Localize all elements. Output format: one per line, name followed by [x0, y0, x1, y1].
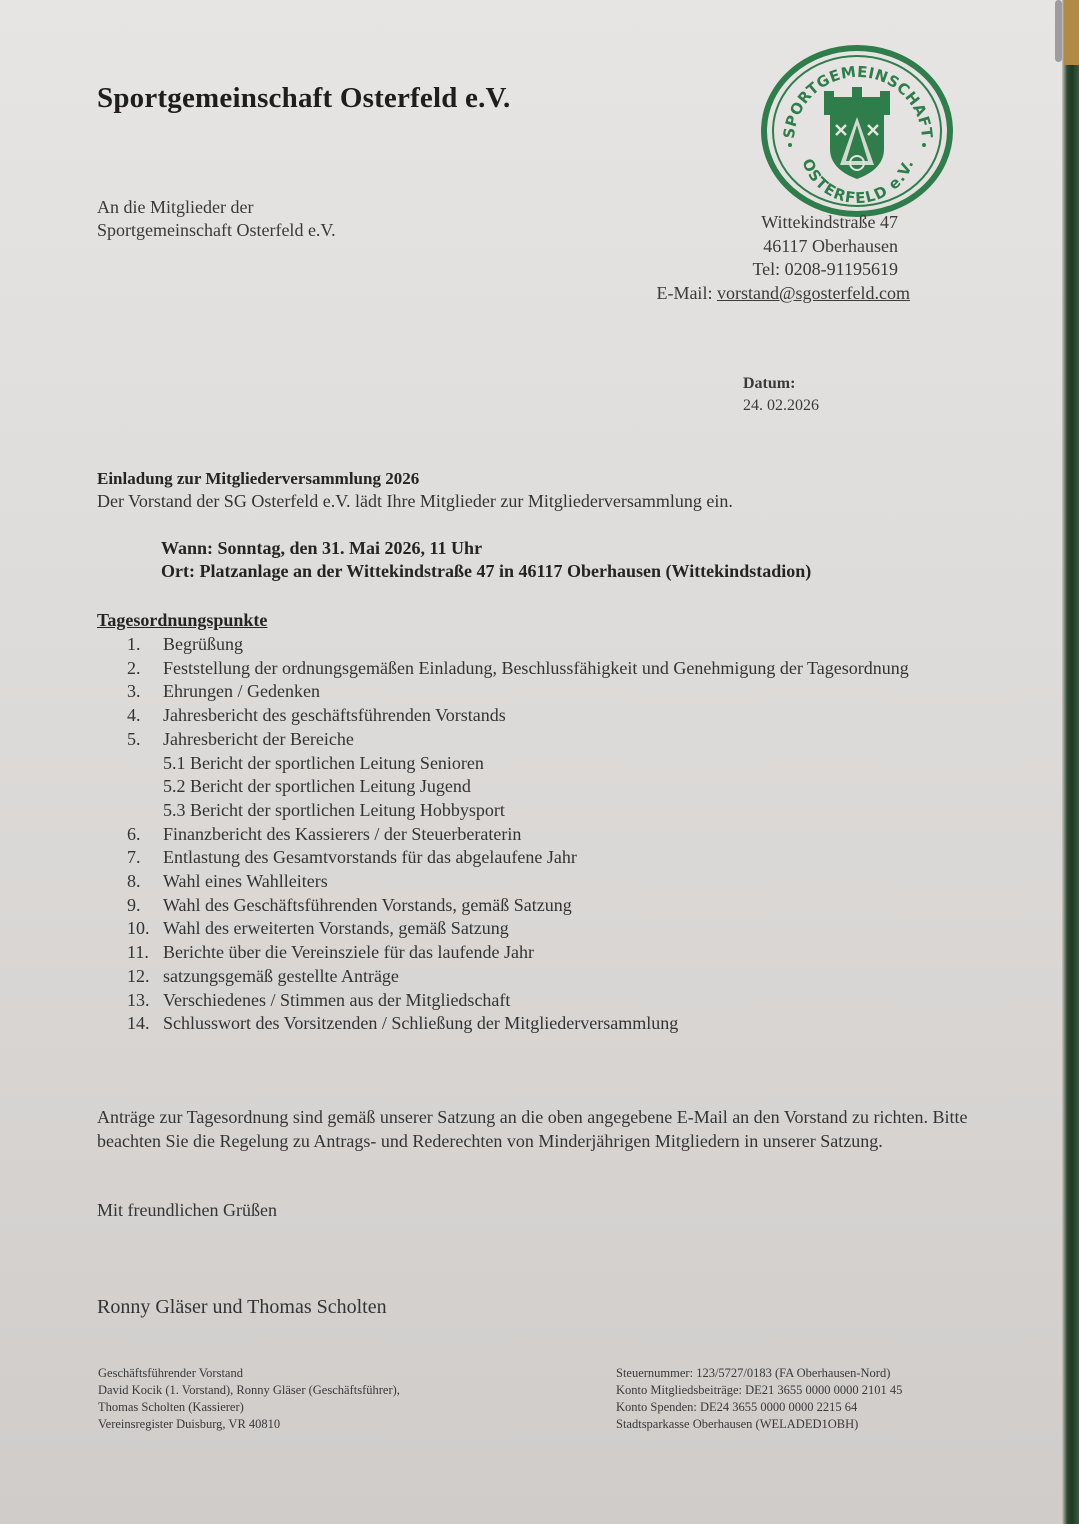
agenda-item: 5.1 Bericht der sportlichen Leitung Seni… — [127, 752, 927, 776]
agenda-item: 4.Jahresbericht des geschäftsführenden V… — [127, 704, 927, 728]
background-edge-top — [1064, 0, 1079, 65]
agenda-item: 5.2 Bericht der sportlichen Leitung Juge… — [127, 775, 927, 799]
agenda-item: 12.satzungsgemäß gestellte Anträge — [127, 965, 927, 989]
email-link[interactable]: vorstand@sgosterfeld.com — [717, 283, 910, 303]
agenda-item: 14.Schlusswort des Vorsitzenden / Schlie… — [127, 1012, 927, 1036]
agenda-item-number: 3. — [127, 680, 141, 704]
recipient-line: An die Mitglieder der — [97, 196, 336, 219]
date-value: 24. 02.2026 — [743, 395, 819, 417]
agenda-item-number: 1. — [127, 633, 141, 657]
footer-line: Steuernummer: 123/5727/0183 (FA Oberhaus… — [616, 1365, 902, 1382]
agenda-item-text: Finanzbericht des Kassierers / der Steue… — [163, 824, 521, 844]
invitation-title: Einladung zur Mitgliederversammlung 2026 — [97, 469, 419, 489]
footer-line: Konto Spenden: DE24 3655 0000 0000 2215 … — [616, 1399, 902, 1416]
address-phone: Tel: 0208-91195619 — [600, 258, 910, 282]
footer-bank-info: Steuernummer: 123/5727/0183 (FA Oberhaus… — [616, 1365, 902, 1433]
agenda-item: 10.Wahl des erweiterten Vorstands, gemäß… — [127, 917, 927, 941]
club-seal-icon: SPORTGEMEINSCHAFT OSTERFELD e.V. — [760, 45, 954, 217]
agenda-item-text: 5.2 Bericht der sportlichen Leitung Juge… — [163, 776, 471, 796]
agenda-item-text: 5.1 Bericht der sportlichen Leitung Seni… — [163, 753, 484, 773]
agenda-item-text: Wahl eines Wahlleiters — [163, 871, 328, 891]
agenda-item-text: Feststellung der ordnungsgemäßen Einladu… — [163, 658, 909, 678]
agenda-item: 1.Begrüßung — [127, 633, 927, 657]
agenda-item-text: Jahresbericht des geschäftsführenden Vor… — [163, 705, 506, 725]
club-address: Wittekindstraße 47 46117 Oberhausen Tel:… — [600, 211, 910, 305]
agenda-item-number: 14. — [127, 1012, 150, 1036]
agenda-item-number: 11. — [127, 941, 149, 965]
footer-line: Thomas Scholten (Kassierer) — [98, 1399, 400, 1416]
footer-line: Vereinsregister Duisburg, VR 40810 — [98, 1416, 400, 1433]
footer-line: David Kocik (1. Vorstand), Ronny Gläser … — [98, 1382, 400, 1399]
agenda-item: 13.Verschiedenes / Stimmen aus der Mitgl… — [127, 989, 927, 1013]
agenda-item-number: 6. — [127, 823, 141, 847]
agenda-item-number: 12. — [127, 965, 150, 989]
agenda-item-text: Berichte über die Vereinsziele für das l… — [163, 942, 534, 962]
agenda-item-number: 7. — [127, 846, 141, 870]
agenda-item: 3.Ehrungen / Gedenken — [127, 680, 927, 704]
agenda-item-number: 8. — [127, 870, 141, 894]
agenda-item-number: 5. — [127, 728, 141, 752]
agenda-item: 5.Jahresbericht der Bereiche — [127, 728, 927, 752]
agenda-item-number: 10. — [127, 917, 150, 941]
recipient-line: Sportgemeinschaft Osterfeld e.V. — [97, 219, 336, 242]
date-block: Datum: 24. 02.2026 — [743, 373, 819, 417]
footer-line: Geschäftsführender Vorstand — [98, 1365, 400, 1382]
email-label: E-Mail: — [656, 283, 712, 303]
footer-board-info: Geschäftsführender Vorstand David Kocik … — [98, 1365, 400, 1433]
footer-line: Konto Mitgliedsbeiträge: DE21 3655 0000 … — [616, 1382, 902, 1399]
address-email-line: E-Mail: vorstand@sgosterfeld.com — [600, 282, 910, 306]
agenda-item-text: Ehrungen / Gedenken — [163, 681, 320, 701]
agenda-item-text: 5.3 Bericht der sportlichen Leitung Hobb… — [163, 800, 505, 820]
agenda-item-number: 2. — [127, 657, 141, 681]
agenda-item: 8.Wahl eines Wahlleiters — [127, 870, 927, 894]
agenda-item-text: satzungsgemäß gestellte Anträge — [163, 966, 399, 986]
agenda-item-text: Entlastung des Gesamtvorstands für das a… — [163, 847, 577, 867]
agenda-item: 7.Entlastung des Gesamtvorstands für das… — [127, 846, 927, 870]
agenda-item: 6.Finanzbericht des Kassierers / der Ste… — [127, 823, 927, 847]
invitation-text: Der Vorstand der SG Osterfeld e.V. lädt … — [97, 491, 733, 512]
agenda-item-number: 4. — [127, 704, 141, 728]
closing-note: Anträge zur Tagesordnung sind gemäß unse… — [97, 1105, 987, 1153]
signers: Ronny Gläser und Thomas Scholten — [97, 1296, 387, 1319]
agenda-item-text: Wahl des Geschäftsführenden Vorstands, g… — [163, 895, 572, 915]
agenda-item-text: Schlusswort des Vorsitzenden / Schließun… — [163, 1013, 678, 1033]
agenda-item-text: Begrüßung — [163, 634, 243, 654]
agenda-item: 5.3 Bericht der sportlichen Leitung Hobb… — [127, 799, 927, 823]
agenda-item-text: Wahl des erweiterten Vorstands, gemäß Sa… — [163, 918, 509, 938]
agenda-list: 1.Begrüßung2.Feststellung der ordnungsge… — [127, 633, 927, 1036]
meeting-when: Wann: Sonntag, den 31. Mai 2026, 11 Uhr — [161, 537, 811, 560]
agenda-item: 11.Berichte über die Vereinsziele für da… — [127, 941, 927, 965]
date-label: Datum: — [743, 373, 819, 395]
background-edge — [1062, 0, 1079, 1524]
footer-line: Stadtsparkasse Oberhausen (WELADED1OBH) — [616, 1416, 902, 1433]
recipient-block: An die Mitglieder der Sportgemeinschaft … — [97, 196, 336, 242]
agenda-item-text: Jahresbericht der Bereiche — [163, 729, 354, 749]
agenda-item: 2.Feststellung der ordnungsgemäßen Einla… — [127, 657, 927, 681]
scrollbar[interactable] — [1055, 0, 1062, 62]
meeting-where: Ort: Platzanlage an der Wittekindstraße … — [161, 560, 811, 583]
agenda-item-number: 9. — [127, 894, 141, 918]
address-street: Wittekindstraße 47 — [600, 211, 910, 235]
agenda-item: 9.Wahl des Geschäftsführenden Vorstands,… — [127, 894, 927, 918]
agenda-item-text: Verschiedenes / Stimmen aus der Mitglied… — [163, 990, 510, 1010]
address-city: 46117 Oberhausen — [600, 235, 910, 259]
agenda-item-number: 13. — [127, 989, 150, 1013]
agenda-title: Tagesordnungspunkte — [97, 610, 267, 631]
greeting: Mit freundlichen Grüßen — [97, 1200, 277, 1221]
club-title: Sportgemeinschaft Osterfeld e.V. — [97, 82, 510, 115]
meeting-details: Wann: Sonntag, den 31. Mai 2026, 11 Uhr … — [161, 537, 811, 583]
